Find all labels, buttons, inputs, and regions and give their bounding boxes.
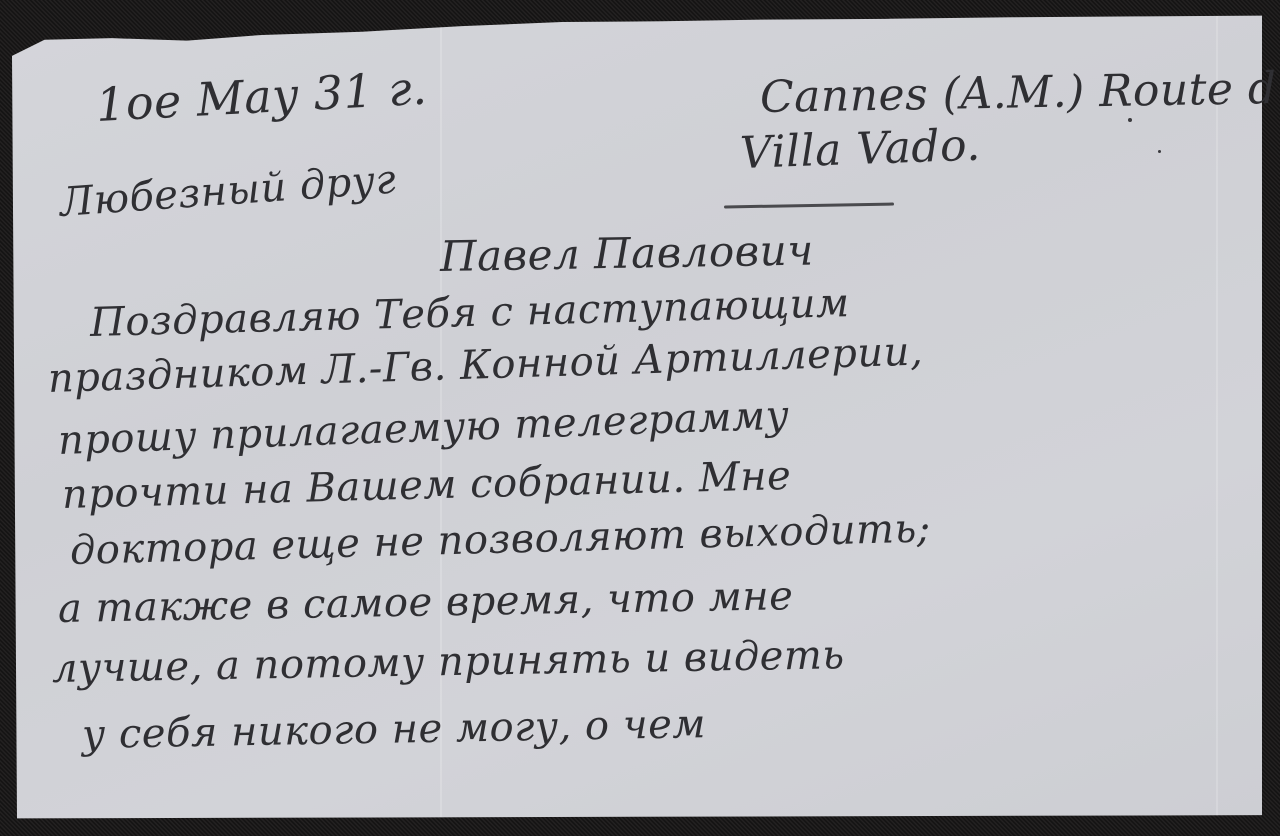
address-line-2: Villa Vado. xyxy=(739,120,981,179)
ink-speck xyxy=(1128,118,1132,122)
paper-fold-line xyxy=(1216,14,1218,820)
ink-speck xyxy=(1158,150,1161,153)
salutation-line-2: Павел Павлович xyxy=(440,225,815,281)
